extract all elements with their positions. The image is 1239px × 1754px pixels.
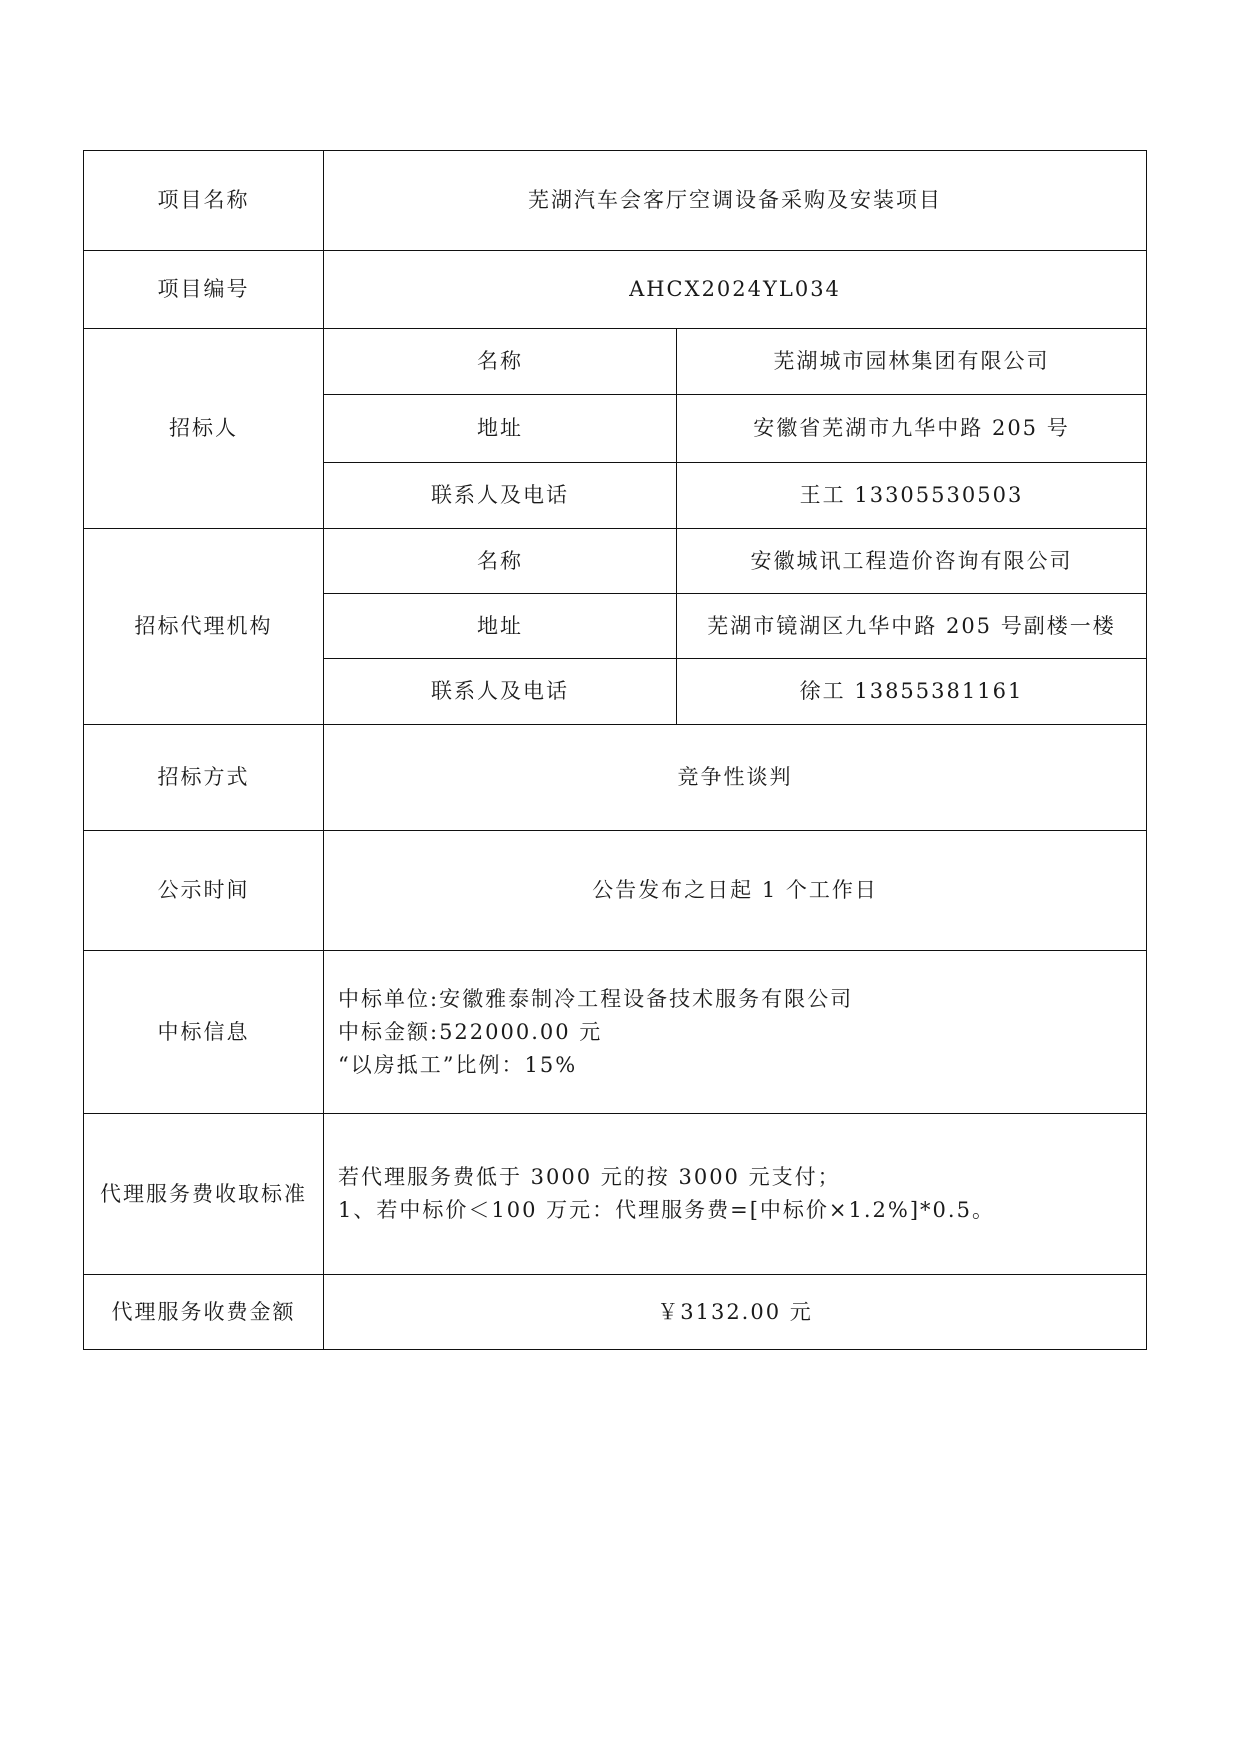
tenderer-contact-label: 联系人及电话 — [324, 463, 677, 529]
tenderer-address-value: 安徽省芜湖市九华中路 205 号 — [677, 395, 1147, 463]
agency-address-value: 芜湖市镜湖区九华中路 205 号副楼一楼 — [677, 594, 1147, 659]
agency-name-label: 名称 — [324, 529, 677, 594]
row-fee-amount: 代理服务收费金额 ￥3132.00 元 — [84, 1275, 1147, 1350]
row-tender-method: 招标方式 竞争性谈判 — [84, 725, 1147, 831]
winning-company-line: 中标单位:安徽雅泰制冷工程设备技术服务有限公司 — [338, 983, 1146, 1016]
publicity-period-value: 公告发布之日起 1 个工作日 — [324, 831, 1147, 951]
row-winning-info: 中标信息 中标单位:安徽雅泰制冷工程设备技术服务有限公司 中标金额:522000… — [84, 951, 1147, 1114]
row-fee-standard: 代理服务费收取标准 若代理服务费低于 3000 元的按 3000 元支付； 1、… — [84, 1114, 1147, 1275]
tender-method-value: 竞争性谈判 — [324, 725, 1147, 831]
tender-method-label: 招标方式 — [84, 725, 324, 831]
fee-formula-line: 1、若中标价＜100 万元：代理服务费=[中标价×1.2%]*0.5。 — [338, 1194, 1146, 1227]
row-agency-name: 招标代理机构 名称 安徽城讯工程造价咨询有限公司 — [84, 529, 1147, 594]
project-number-label: 项目编号 — [84, 251, 324, 329]
row-publicity-period: 公示时间 公告发布之日起 1 个工作日 — [84, 831, 1147, 951]
project-number-value: AHCX2024YL034 — [324, 251, 1147, 329]
agency-label: 招标代理机构 — [84, 529, 324, 725]
tenderer-name-value: 芜湖城市园林集团有限公司 — [677, 329, 1147, 395]
tenderer-name-label: 名称 — [324, 329, 677, 395]
winning-info-label: 中标信息 — [84, 951, 324, 1114]
agency-address-label: 地址 — [324, 594, 677, 659]
row-project-number: 项目编号 AHCX2024YL034 — [84, 251, 1147, 329]
project-name-value: 芜湖汽车会客厅空调设备采购及安装项目 — [324, 151, 1147, 251]
tenderer-address-label: 地址 — [324, 395, 677, 463]
fee-standard-content: 若代理服务费低于 3000 元的按 3000 元支付； 1、若中标价＜100 万… — [324, 1114, 1147, 1275]
tenderer-label: 招标人 — [84, 329, 324, 529]
winning-amount-line: 中标金额:522000.00 元 — [338, 1016, 1146, 1049]
agency-contact-value: 徐工 13855381161 — [677, 659, 1147, 725]
fee-minimum-line: 若代理服务费低于 3000 元的按 3000 元支付； — [338, 1161, 1146, 1194]
house-for-work-ratio-line: “以房抵工”比例：15% — [338, 1049, 1146, 1082]
row-tenderer-name: 招标人 名称 芜湖城市园林集团有限公司 — [84, 329, 1147, 395]
publicity-period-label: 公示时间 — [84, 831, 324, 951]
award-announcement-table: 项目名称 芜湖汽车会客厅空调设备采购及安装项目 项目编号 AHCX2024YL0… — [83, 150, 1147, 1350]
project-name-label: 项目名称 — [84, 151, 324, 251]
tenderer-contact-value: 王工 13305530503 — [677, 463, 1147, 529]
fee-amount-label: 代理服务收费金额 — [84, 1275, 324, 1350]
agency-name-value: 安徽城讯工程造价咨询有限公司 — [677, 529, 1147, 594]
agency-contact-label: 联系人及电话 — [324, 659, 677, 725]
fee-amount-value: ￥3132.00 元 — [324, 1275, 1147, 1350]
winning-info-content: 中标单位:安徽雅泰制冷工程设备技术服务有限公司 中标金额:522000.00 元… — [324, 951, 1147, 1114]
row-project-name: 项目名称 芜湖汽车会客厅空调设备采购及安装项目 — [84, 151, 1147, 251]
fee-standard-label: 代理服务费收取标准 — [84, 1114, 324, 1275]
